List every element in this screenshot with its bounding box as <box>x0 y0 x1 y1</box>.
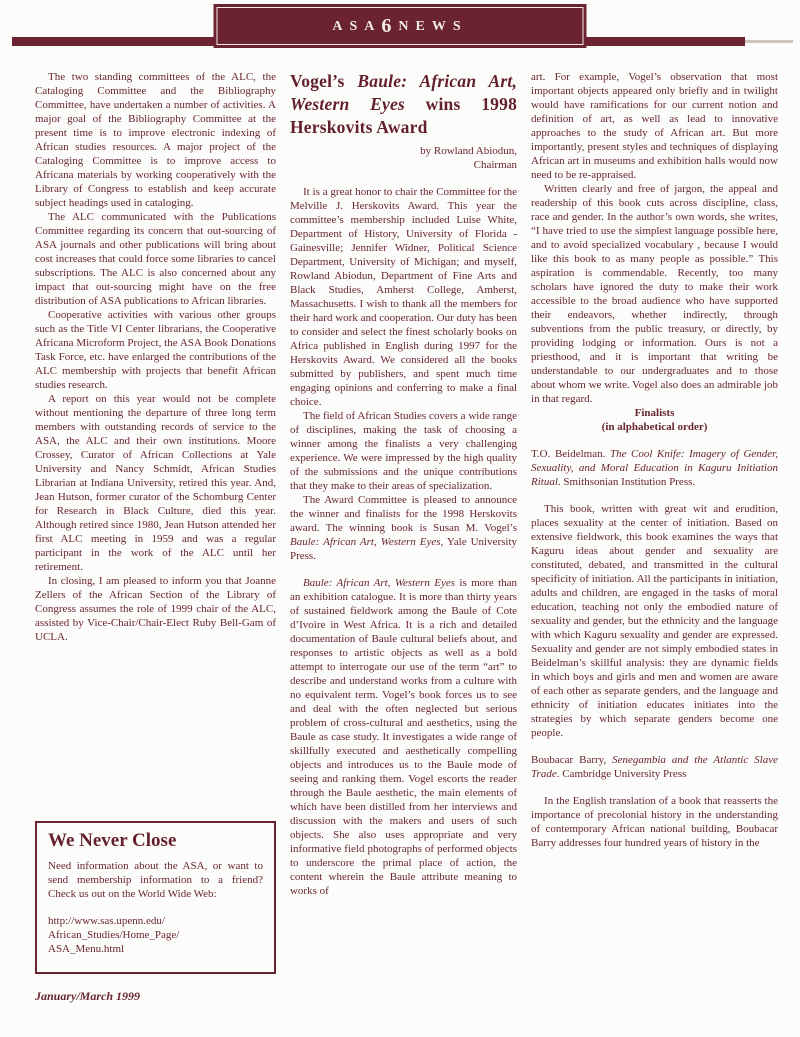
alc-paragraph-2: The ALC communicated with the Publicatio… <box>35 210 276 308</box>
finalists-heading-block: Finalists(in alphabetical order) <box>531 406 778 434</box>
masthead-inner-border: ASA6NEWS <box>217 7 584 45</box>
column-left: The two standing committees of the ALC, … <box>35 70 276 1010</box>
finalists-entries: T.O. Beidelman. The Cool Knife: Imagery … <box>531 447 778 850</box>
alc-paragraph-1: The two standing committees of the ALC, … <box>35 70 276 210</box>
masthead-box: ASA6NEWS <box>214 4 587 48</box>
finalists-subheading: (in alphabetical order) <box>531 420 778 434</box>
newsletter-page: ASA6NEWS The two standing committees of … <box>0 0 800 1037</box>
alc-paragraph-5: In closing, I am pleased to inform you t… <box>35 574 276 644</box>
column-middle: Vogel’s Baule: African Art, Western Eyes… <box>290 70 517 1010</box>
column-right: art. For example, Vogel’s observation th… <box>531 70 778 1010</box>
citation-barry: Boubacar Barry, Senegambia and the Atlan… <box>531 753 778 781</box>
article-headline-block: Vogel’s Baule: African Art, Western Eyes… <box>290 70 517 139</box>
citation-beidelman: T.O. Beidelman. The Cool Knife: Imagery … <box>531 447 778 489</box>
we-never-close-body: Need information about the ASA, or want … <box>48 859 263 956</box>
issue-date-footer: January/March 1999 <box>35 989 276 1010</box>
masthead-title: ASA6NEWS <box>332 16 467 36</box>
award-paragraph-2: The field of African Studies covers a wi… <box>290 409 517 493</box>
byline-block: by Rowland Abiodun,Chairman <box>290 144 517 172</box>
review-continuation-paragraphs: art. For example, Vogel’s observation th… <box>531 70 778 406</box>
page-columns: The two standing committees of the ALC, … <box>0 50 800 1010</box>
award-paragraph-1: It is a great honor to chair the Committ… <box>290 185 517 409</box>
review-paragraph-1: Baule: African Art, Western Eyes is more… <box>290 576 517 898</box>
alc-report-paragraphs: The two standing committees of the ALC, … <box>35 70 276 644</box>
award-article-paragraphs: It is a great honor to chair the Committ… <box>290 185 517 898</box>
review-paragraph-2: art. For example, Vogel’s observation th… <box>531 70 778 182</box>
byline-role: Chairman <box>290 158 517 172</box>
wnc-body: Need information about the ASA, or want … <box>48 859 263 901</box>
byline-name: by Rowland Abiodun, <box>290 144 517 158</box>
masthead-issue-number: 6 <box>381 15 398 37</box>
finalists-heading: Finalists <box>531 406 778 420</box>
we-never-close-box: We Never Close Need information about th… <box>35 821 276 974</box>
wnc-url-line: African_Studies/Home_Page/ <box>48 928 263 942</box>
wnc-url-line: http://www.sas.upenn.edu/ <box>48 914 263 928</box>
review-paragraph-3: Written clearly and free of jargon, the … <box>531 182 778 406</box>
masthead-title-asa: ASA <box>332 19 381 34</box>
masthead-rule-shadow <box>745 40 793 43</box>
beidelman-review: This book, written with great wit and er… <box>531 502 778 740</box>
masthead-title-news: NEWS <box>398 19 467 34</box>
alc-paragraph-3: Cooperative activities with various othe… <box>35 308 276 392</box>
article-headline: Vogel’s Baule: African Art, Western Eyes… <box>290 70 517 139</box>
masthead: ASA6NEWS <box>0 0 800 50</box>
alc-paragraph-4: A report on this year would not be compl… <box>35 392 276 574</box>
award-paragraph-3: The Award Committee is pleased to announ… <box>290 493 517 563</box>
wnc-url-line: ASA_Menu.html <box>48 942 263 956</box>
we-never-close-title: We Never Close <box>48 831 263 852</box>
barry-review: In the English translation of a book tha… <box>531 794 778 850</box>
